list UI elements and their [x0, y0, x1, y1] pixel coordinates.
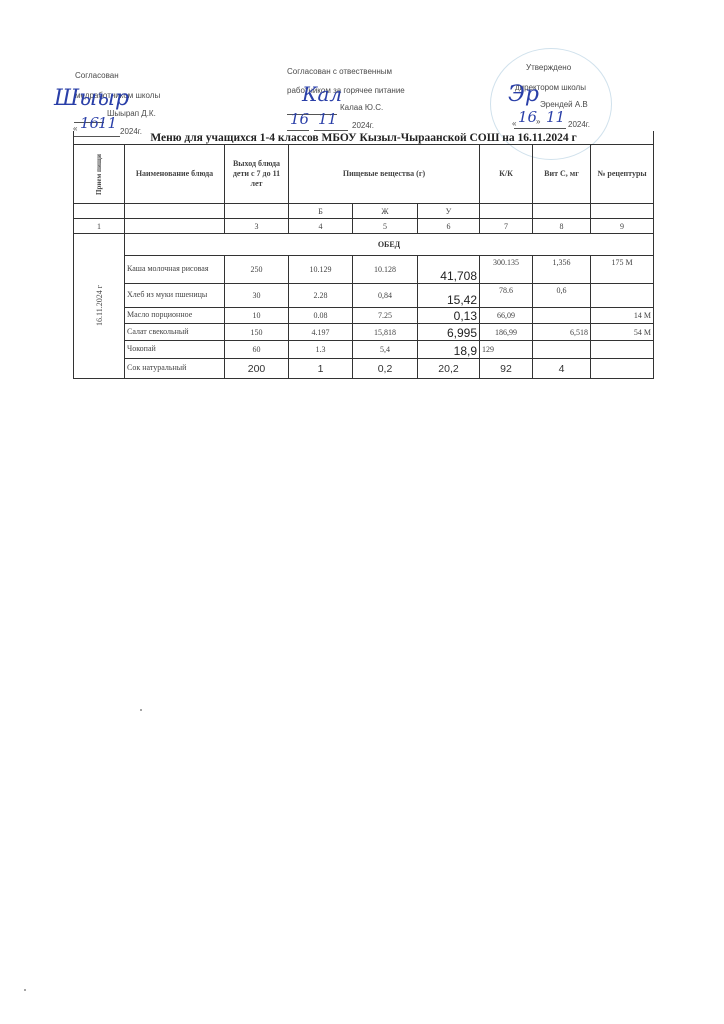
header-recipe: № рецептуры [591, 145, 654, 204]
kcal: 92 [480, 359, 533, 379]
approval-day: 16 [290, 112, 309, 127]
portion: 150 [225, 324, 289, 341]
carbs: 20,2 [418, 359, 480, 379]
menu-title: Меню для учащихся 1-4 классов МБОУ Кызыл… [74, 131, 654, 145]
portion: 250 [225, 256, 289, 284]
recipe [591, 359, 654, 379]
approval-name: Калаа Ю.С. [340, 104, 383, 112]
kcal: 186,99 [480, 324, 533, 341]
subheader-protein: Б [289, 204, 353, 219]
approval-month: 11 [546, 110, 565, 125]
portion: 60 [225, 341, 289, 359]
carbs: 6,995 [418, 324, 480, 341]
fat: 15,818 [353, 324, 418, 341]
protein: 10.129 [289, 256, 353, 284]
fat: 0,2 [353, 359, 418, 379]
approval-catering: Согласован с отвественным работником за … [280, 60, 480, 135]
column-number: 1 [74, 219, 125, 234]
column-number [125, 219, 225, 234]
table-row: Хлеб из муки пшеницы 30 2.28 0,84 15,42 … [74, 284, 654, 308]
column-number: 6 [418, 219, 480, 234]
kcal: 300.135 [480, 256, 533, 284]
recipe: 54 М [591, 324, 654, 341]
signature: Эр [508, 84, 539, 106]
approval-medical: Согласован медработником школы Шыырап Д.… [60, 60, 260, 135]
carbs: 15,42 [418, 284, 480, 308]
vit-c [533, 308, 591, 324]
vit-c: 6,518 [533, 324, 591, 341]
recipe: 14 М [591, 308, 654, 324]
table-row: Каша молочная рисовая 250 10.129 10.128 … [74, 256, 654, 284]
subheader-carbs: У [418, 204, 480, 219]
portion: 30 [225, 284, 289, 308]
approval-month: 11 [98, 116, 117, 131]
table-row: Сок натуральный 200 1 0,2 20,2 92 4 [74, 359, 654, 379]
protein: 4.197 [289, 324, 353, 341]
dish-name: Каша молочная рисовая [125, 256, 225, 284]
header-row: Прием пищи Наименование блюда Выход блюд… [74, 145, 654, 204]
header-vit-c: Вит С, мг [533, 145, 591, 204]
column-number: 3 [225, 219, 289, 234]
dish-name: Сок натуральный [125, 359, 225, 379]
vit-c: 0,6 [533, 284, 591, 308]
portion: 200 [225, 359, 289, 379]
menu-table: Меню для учащихся 1-4 классов МБОУ Кызыл… [73, 131, 654, 379]
subheader-fat: Ж [353, 204, 418, 219]
approval-month: 11 [318, 112, 337, 127]
table-row: Чокопай 60 1.3 5,4 18,9 129 [74, 341, 654, 359]
dish-name: Чокопай [125, 341, 225, 359]
carbs: 0,13 [418, 308, 480, 324]
protein: 1.3 [289, 341, 353, 359]
recipe: 175 М [591, 256, 654, 284]
kcal: 78.6 [480, 284, 533, 308]
menu-date: 16.11.2024 г [95, 285, 104, 326]
approval-day: 16 [80, 116, 99, 131]
approval-line1: Согласован с отвественным [287, 68, 392, 76]
meal-label: ОБЕД [125, 234, 654, 256]
signature: Шыыр [54, 88, 129, 110]
header-dish-name: Наименование блюда [125, 145, 225, 204]
kcal: 66,09 [480, 308, 533, 324]
column-number-row: 1 3 4 5 6 7 8 9 [74, 219, 654, 234]
vit-c: 4 [533, 359, 591, 379]
scan-speck [24, 989, 26, 991]
protein: 2.28 [289, 284, 353, 308]
table-row: Масло порционное 10 0.08 7.25 0,13 66,09… [74, 308, 654, 324]
vit-c [533, 341, 591, 359]
recipe [591, 341, 654, 359]
nutrient-subheader-row: Б Ж У [74, 204, 654, 219]
header-meal-time: Прием пищи [74, 145, 125, 204]
approval-line1: Согласован [75, 72, 119, 80]
meal-row: 16.11.2024 г ОБЕД [74, 234, 654, 256]
kcal: 129 [480, 341, 533, 359]
column-number: 7 [480, 219, 533, 234]
column-number: 9 [591, 219, 654, 234]
portion: 10 [225, 308, 289, 324]
column-number: 4 [289, 219, 353, 234]
header-nutrients: Пищевые вещества (г) [289, 145, 480, 204]
column-number: 8 [533, 219, 591, 234]
approval-day: 16 [518, 110, 537, 125]
table-row: Салат свекольный 150 4.197 15,818 6,995 … [74, 324, 654, 341]
fat: 0,84 [353, 284, 418, 308]
header-kcal: К/К [480, 145, 533, 204]
protein: 1 [289, 359, 353, 379]
fat: 5,4 [353, 341, 418, 359]
date-cell: 16.11.2024 г [74, 234, 125, 379]
carbs: 18,9 [418, 341, 480, 359]
vit-c: 1,356 [533, 256, 591, 284]
dish-name: Масло порционное [125, 308, 225, 324]
approval-year: 2024г. [352, 122, 374, 130]
carbs: 41,708 [418, 256, 480, 284]
fat: 10.128 [353, 256, 418, 284]
recipe [591, 284, 654, 308]
approval-line1: Утверждено [526, 64, 571, 72]
dish-name: Хлеб из муки пшеницы [125, 284, 225, 308]
column-number: 5 [353, 219, 418, 234]
dish-name: Салат свекольный [125, 324, 225, 341]
fat: 7.25 [353, 308, 418, 324]
protein: 0.08 [289, 308, 353, 324]
signature: Кал [302, 84, 342, 104]
approval-director: Утверждено директором школы Эрендей А.В … [490, 60, 680, 135]
header-portion: Выход блюда дети с 7 до 11 лет [225, 145, 289, 204]
scan-speck [140, 709, 142, 711]
approval-year: 2024г. [568, 121, 590, 129]
